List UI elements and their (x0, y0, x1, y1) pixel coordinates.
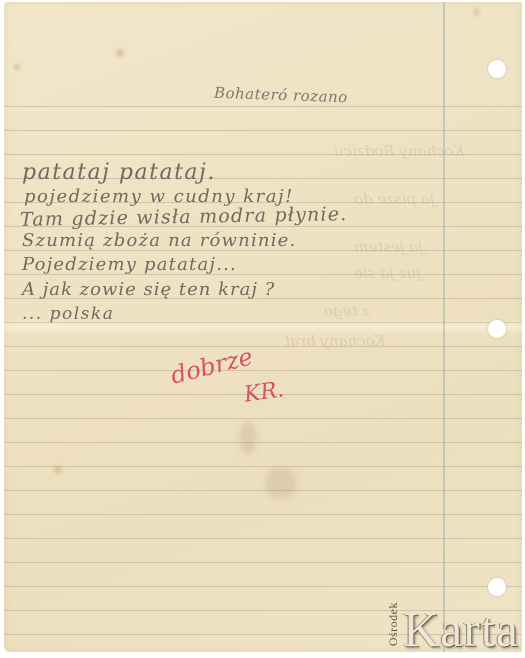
punch-hole (488, 320, 506, 338)
stain (474, 8, 479, 16)
bleed-line: ja pisze do (354, 190, 435, 208)
bleed-line: z tego (324, 302, 370, 320)
bleed-line: ja jestem (354, 238, 423, 256)
watermark-small-text: Ośrodek (386, 602, 401, 646)
poem-line: patataj patataj. (22, 160, 216, 185)
bleed-line: juz ja sie (354, 264, 421, 282)
smudge (240, 422, 256, 454)
watermark-logo: Karta (403, 606, 519, 652)
punch-hole (488, 578, 506, 596)
poem-line: A jak zowie się ten kraj ? (22, 279, 275, 300)
poem-line: ... polska (22, 304, 114, 324)
bleed-line: Kochany Rodzicu (334, 142, 464, 160)
stain (116, 49, 124, 57)
smudge (266, 468, 296, 498)
stain (14, 64, 20, 70)
letter-heading: Bohateró rozano (214, 84, 348, 107)
bleed-line: Kochany brat (284, 332, 385, 350)
watermark: Ośrodek Karta (386, 602, 519, 652)
stain (54, 466, 62, 473)
letter-paper: Kochany Rodzicu ja pisze do ja jestem ju… (4, 2, 522, 652)
punch-hole (488, 60, 506, 78)
poem-line: Szumią zboża na równinie. (22, 230, 296, 251)
poem-line: Pojedziemy patataj... (22, 254, 237, 275)
margin-line (443, 2, 445, 652)
teacher-initials: KR. (242, 377, 285, 407)
